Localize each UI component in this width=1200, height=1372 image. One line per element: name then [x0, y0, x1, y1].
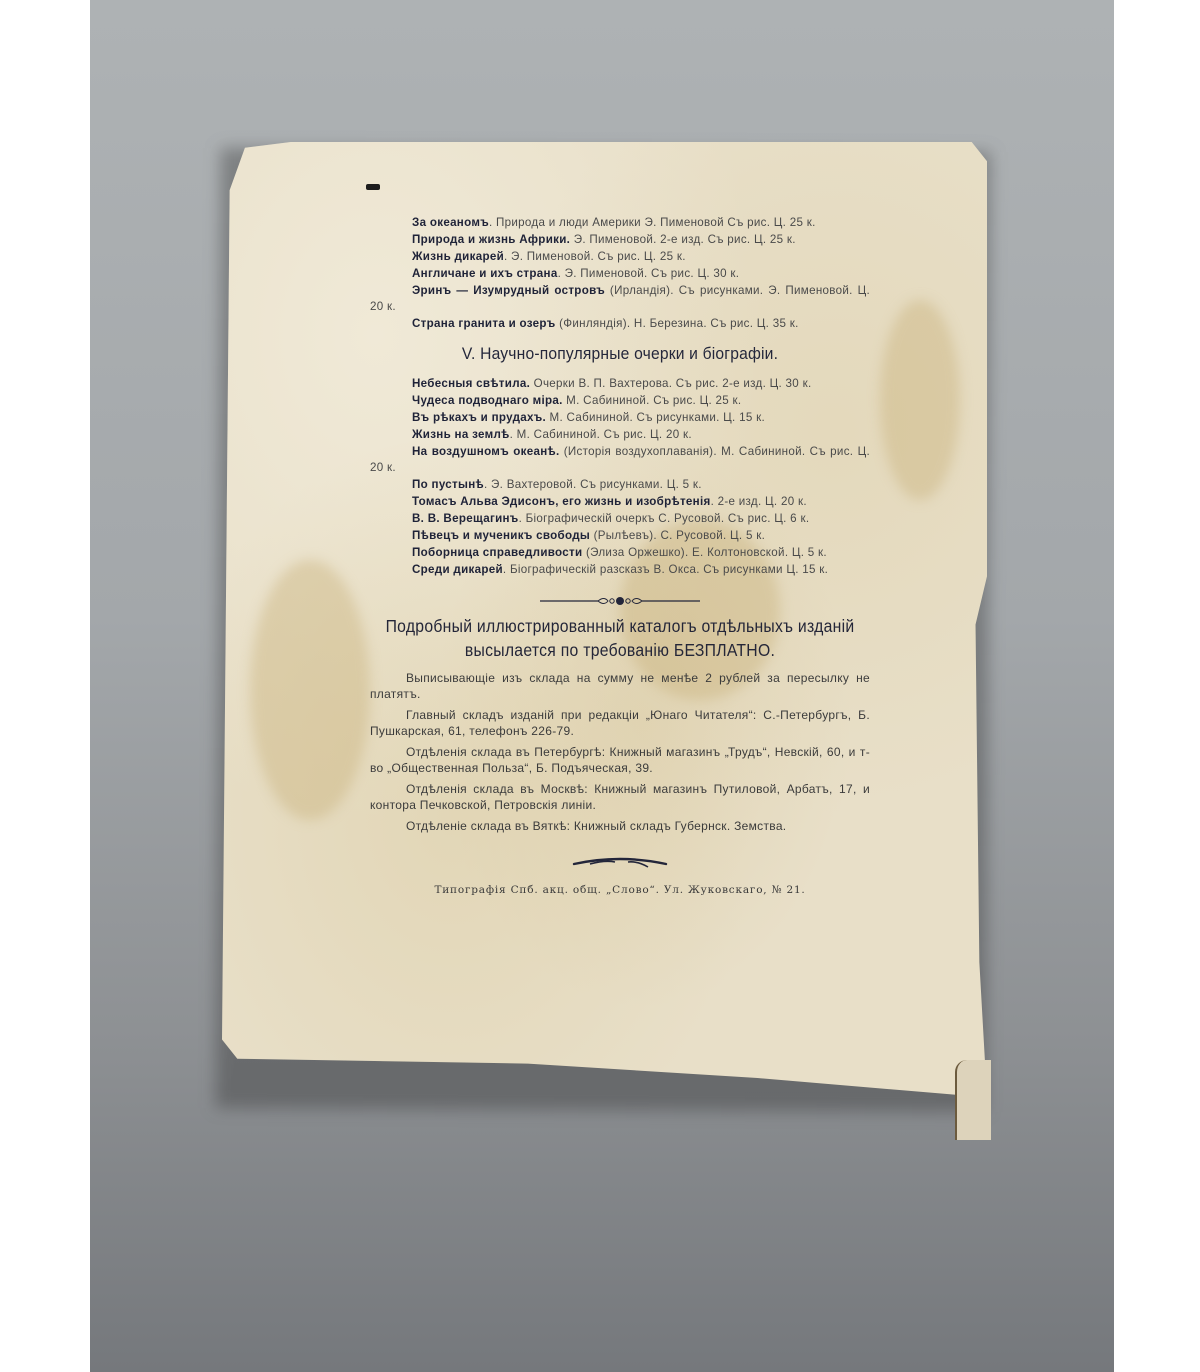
petersburg-branches: Отдѣленія склада въ Петербургѣ: Книжный … — [370, 744, 870, 776]
catalog-entry: Природа и жизнь Африки. Э. Пименовой. 2-… — [370, 232, 870, 248]
water-stain — [880, 300, 960, 500]
catalog-entry: На воздушномъ океанѣ. (Исторія воздухопл… — [370, 444, 870, 476]
warehouse-info: Выписывающіе изъ склада на сумму не менѣ… — [370, 670, 870, 834]
moscow-branches: Отдѣленія склада въ Москвѣ: Книжный мага… — [370, 781, 870, 813]
catalog-entry: Среди дикарей. Біографическій разсказъ В… — [370, 562, 870, 578]
catalog-entry: В. В. Верещагинъ. Біографическій очеркъ … — [370, 511, 870, 527]
catalog-entry: За океаномъ. Природа и люди Америки Э. П… — [370, 215, 870, 231]
catalog-entry: Эринъ — Изумрудный островъ (Ирландія). С… — [370, 283, 870, 315]
catalog-entry: Томасъ Альва Эдисонъ, его жизнь и изобрѣ… — [370, 494, 870, 510]
catalog-entry: По пустынѣ. Э. Вахтеровой. Съ рисунками.… — [370, 477, 870, 493]
section-iv-entries: За океаномъ. Природа и люди Америки Э. П… — [370, 215, 870, 332]
catalog-entry: Небесныя свѣтила. Очерки В. П. Вахтерова… — [370, 376, 870, 392]
main-warehouse: Главный складъ изданій при редакціи „Юна… — [370, 707, 870, 739]
water-stain — [250, 560, 370, 820]
photo-margin-left — [0, 0, 90, 1372]
catalog-entry: Поборница справедливости (Элиза Оржешко)… — [370, 545, 870, 561]
torn-corner-flap — [955, 1060, 991, 1140]
catalog-entry: Страна гранита и озеръ (Финляндія). Н. Б… — [370, 316, 870, 332]
section-v-entries: Небесныя свѣтила. Очерки В. П. Вахтерова… — [370, 376, 870, 578]
tail-ornament-icon — [570, 856, 670, 872]
catalog-entry: Англичане и ихъ страна. Э. Пименовой. Съ… — [370, 266, 870, 282]
photo-margin-right — [1114, 0, 1200, 1372]
free-catalog-notice: Подробный иллюстрированный каталогъ отдѣ… — [382, 614, 857, 662]
catalog-entry: Жизнь дикарей. Э. Пименовой. Съ рис. Ц. … — [370, 249, 870, 265]
printer-imprint: Типографія Спб. акц. общ. „Слово“. Ул. Ж… — [370, 882, 870, 898]
shipping-note: Выписывающіе изъ склада на сумму не менѣ… — [370, 670, 870, 702]
catalog-entry: Чудеса подводнаго міра. М. Сабининой. Съ… — [370, 393, 870, 409]
catalog-entry: Въ рѣкахъ и прудахъ. М. Сабининой. Съ ри… — [370, 410, 870, 426]
section-v-heading: V. Научно-популярные очерки и біографіи. — [390, 346, 850, 362]
catalog-entry: Жизнь на землѣ. М. Сабининой. Съ рис. Ц.… — [370, 427, 870, 443]
ink-mark — [366, 184, 380, 190]
catalog-content: За океаномъ. Природа и люди Америки Э. П… — [370, 215, 870, 898]
vyatka-branch: Отдѣленіе склада въ Вяткѣ: Книжный склад… — [370, 818, 870, 834]
catalog-entry: Пѣвецъ и мученикъ свободы (Рылѣевъ). С. … — [370, 528, 870, 544]
ornamental-divider-icon — [540, 594, 700, 608]
